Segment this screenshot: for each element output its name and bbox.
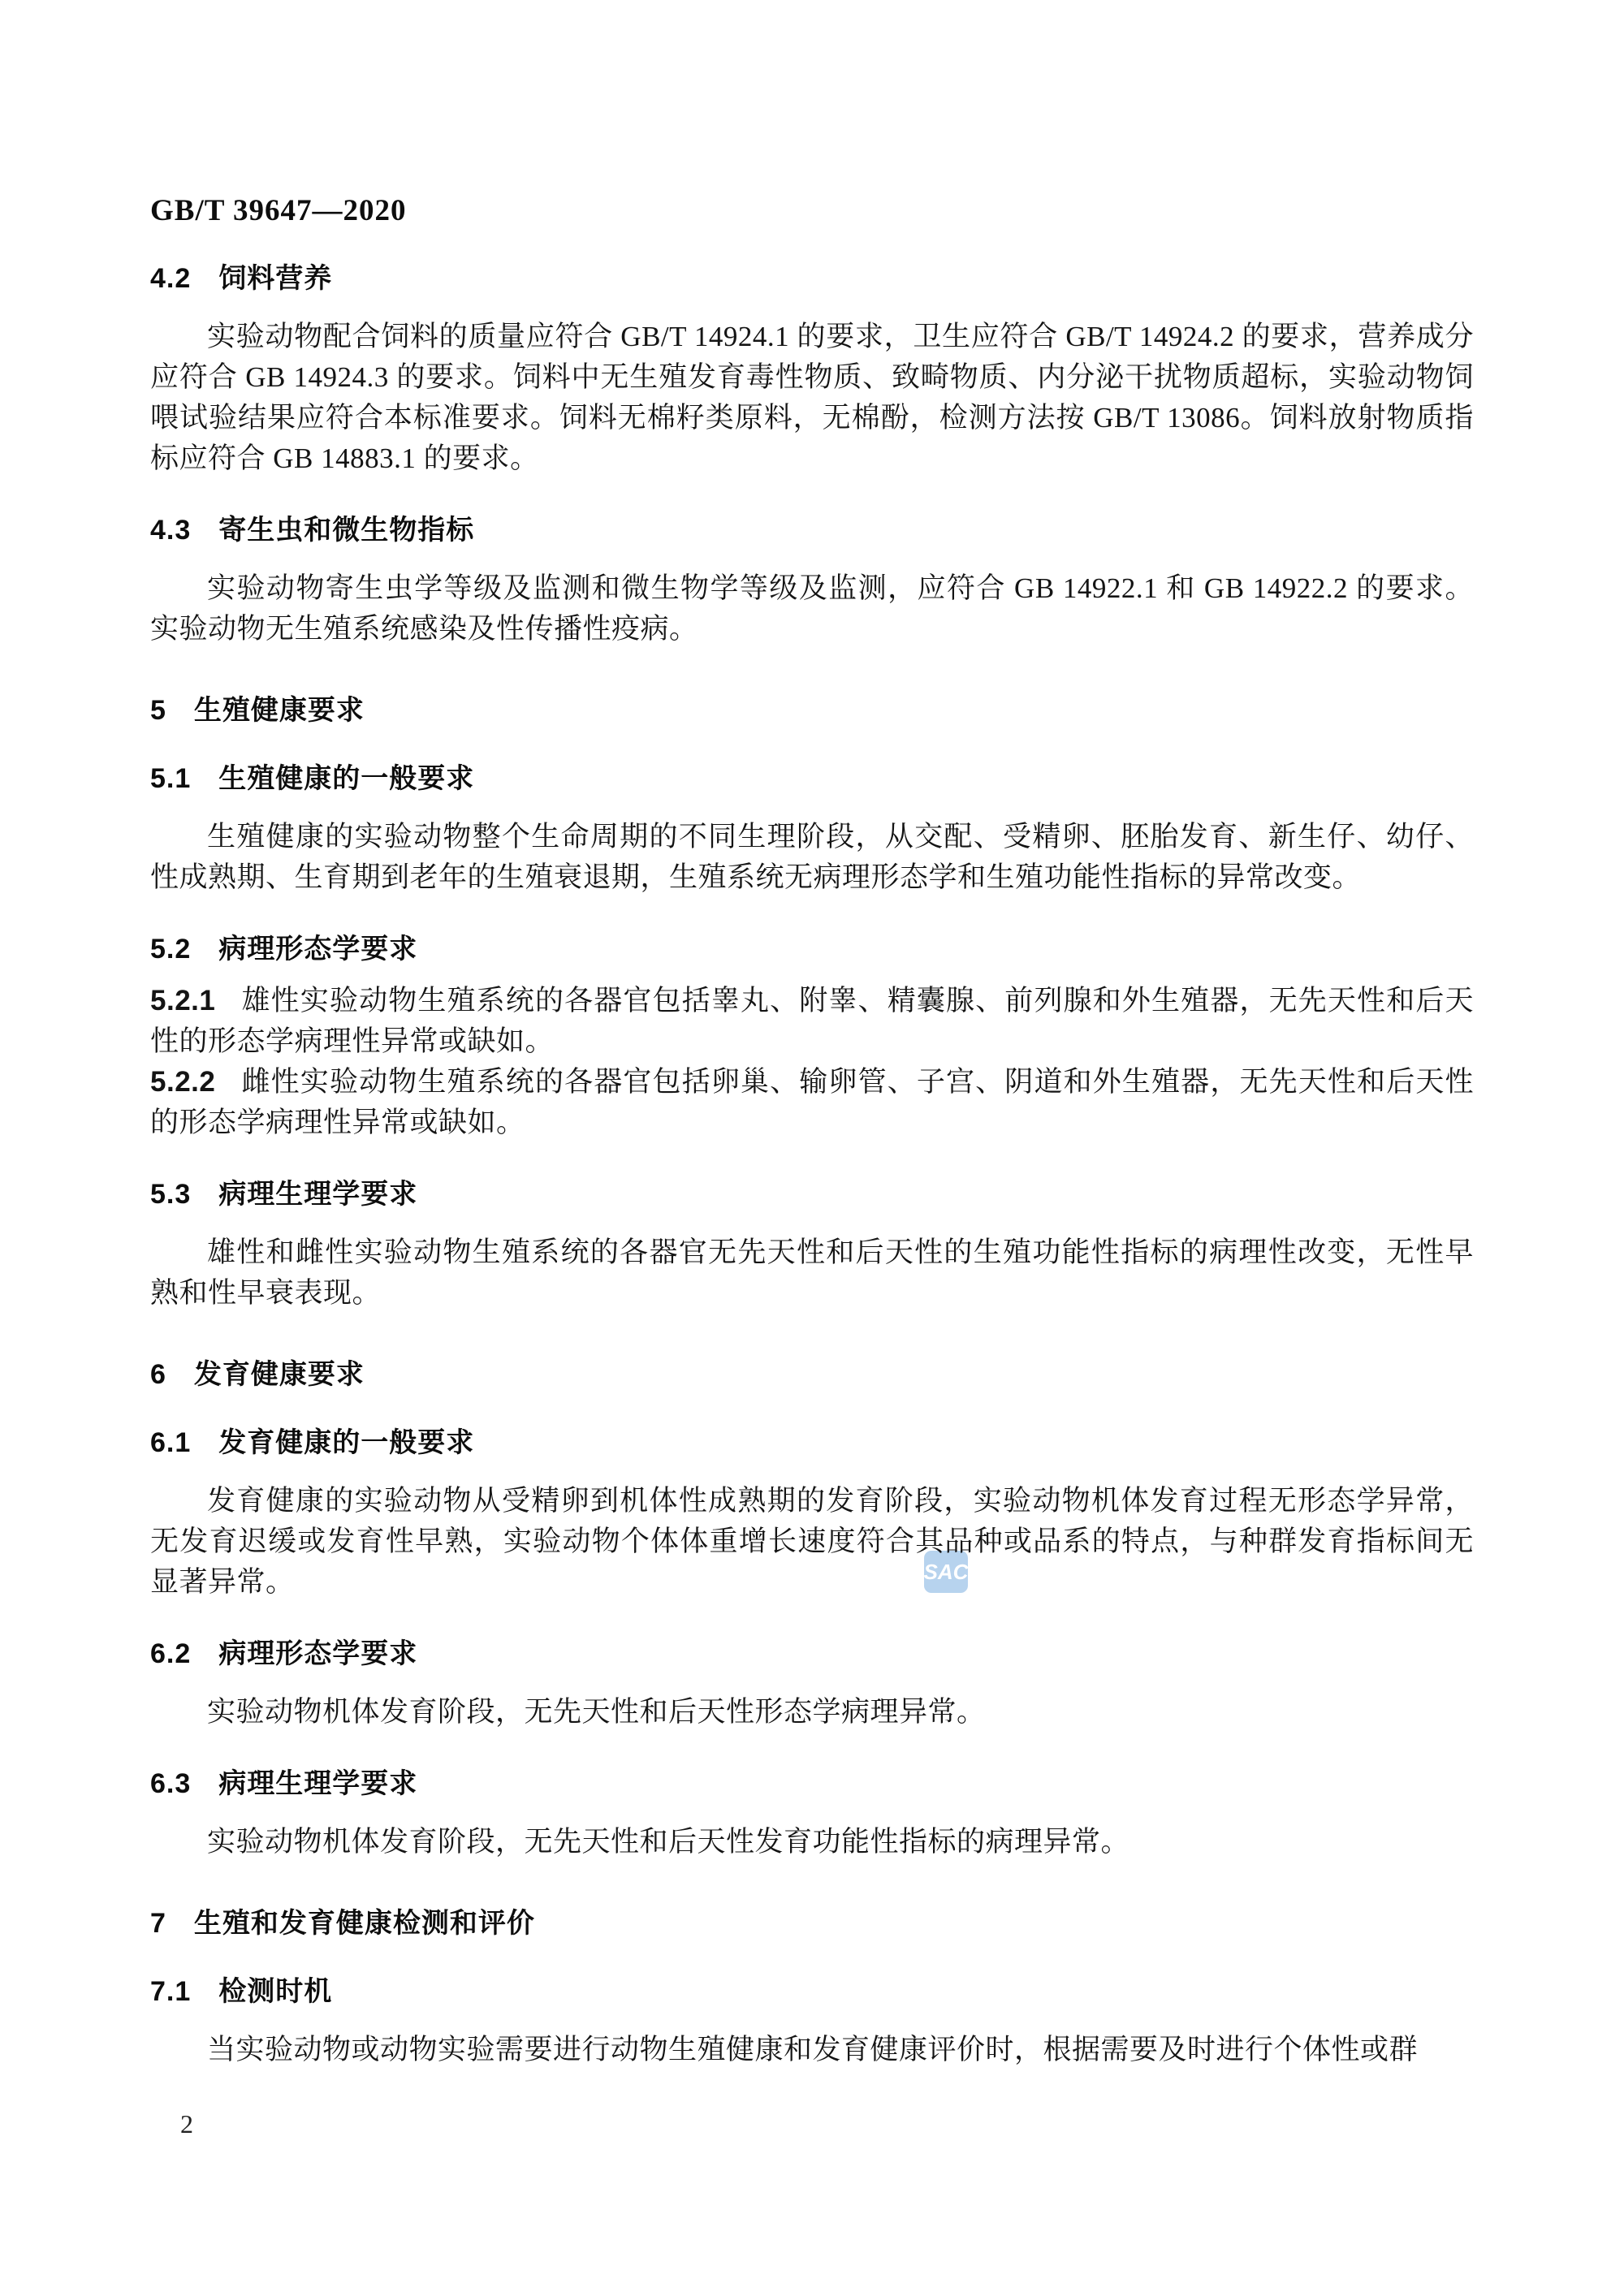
heading-number: 5.3	[150, 1179, 191, 1210]
heading-number: 6	[150, 1359, 166, 1390]
document-body: GB/T 39647—2020 4.2饲料营养实验动物配合饲料的质量应符合 GB…	[0, 0, 1624, 2070]
heading-number: 4.3	[150, 515, 191, 546]
heading-title: 发育健康的一般要求	[218, 1427, 474, 1458]
clause-number: 5.2.1	[150, 985, 215, 1016]
section-heading-6.2: 6.2病理形态学要求	[150, 1637, 1474, 1671]
section-heading-4.2: 4.2饲料营养	[150, 261, 1474, 296]
heading-title: 病理生理学要求	[218, 1768, 417, 1799]
paragraph: 雄性和雌性实验动物生殖系统的各器官无先天性和后天性的生殖功能性指标的病理性改变，…	[150, 1232, 1474, 1314]
section-heading-5.1: 5.1生殖健康的一般要求	[150, 762, 1474, 796]
heading-title: 检测时机	[218, 1976, 332, 2007]
heading-number: 5	[150, 695, 166, 726]
heading-title: 饲料营养	[218, 263, 332, 294]
paragraph: 实验动物机体发育阶段，无先天性和后天性发育功能性指标的病理异常。	[150, 1822, 1474, 1862]
heading-title: 发育健康要求	[194, 1359, 365, 1390]
heading-number: 5.2	[150, 934, 191, 965]
section-heading-7: 7生殖和发育健康检测和评价	[150, 1906, 1474, 1940]
heading-number: 4.2	[150, 263, 191, 294]
standard-number-header: GB/T 39647—2020	[150, 195, 1474, 227]
heading-title: 生殖健康要求	[194, 695, 365, 726]
section-heading-6.3: 6.3病理生理学要求	[150, 1767, 1474, 1801]
clause-number: 5.2.2	[150, 1066, 215, 1098]
document-page: SAC GB/T 39647—2020 4.2饲料营养实验动物配合饲料的质量应符…	[0, 0, 1624, 2296]
clause-paragraph-5.2.2: 5.2.2雌性实验动物生殖系统的各器官包括卵巢、输卵管、子宫、阴道和外生殖器，无…	[150, 1062, 1474, 1143]
page-number: 2	[180, 2109, 193, 2138]
heading-title: 病理生理学要求	[218, 1179, 417, 1210]
heading-title: 生殖和发育健康检测和评价	[194, 1908, 535, 1939]
paragraph: 实验动物配合饲料的质量应符合 GB/T 14924.1 的要求，卫生应符合 GB…	[150, 317, 1474, 479]
heading-title: 病理形态学要求	[218, 1638, 417, 1669]
paragraph: 发育健康的实验动物从受精卵到机体性成熟期的发育阶段，实验动物机体发育过程无形态学…	[150, 1481, 1474, 1603]
clause-paragraph-5.2.1: 5.2.1雄性实验动物生殖系统的各器官包括睾丸、附睾、精囊腺、前列腺和外生殖器，…	[150, 981, 1474, 1062]
section-heading-5: 5生殖健康要求	[150, 693, 1474, 727]
paragraph: 实验动物寄生虫学等级及监测和微生物学等级及监测，应符合 GB 14922.1 和…	[150, 568, 1474, 650]
section-heading-4.3: 4.3寄生虫和微生物指标	[150, 513, 1474, 547]
heading-number: 6.1	[150, 1427, 191, 1458]
heading-number: 6.3	[150, 1768, 191, 1799]
heading-number: 7	[150, 1908, 166, 1939]
heading-title: 病理形态学要求	[218, 934, 417, 965]
heading-number: 7.1	[150, 1976, 191, 2007]
section-heading-6.1: 6.1发育健康的一般要求	[150, 1426, 1474, 1460]
section-heading-5.2: 5.2病理形态学要求	[150, 932, 1474, 966]
section-heading-7.1: 7.1检测时机	[150, 1974, 1474, 2009]
paragraph: 生殖健康的实验动物整个生命周期的不同生理阶段，从交配、受精卵、胚胎发育、新生仔、…	[150, 817, 1474, 898]
section-heading-6: 6发育健康要求	[150, 1357, 1474, 1392]
heading-number: 6.2	[150, 1638, 191, 1669]
heading-title: 寄生虫和微生物指标	[218, 515, 474, 546]
heading-title: 生殖健康的一般要求	[218, 763, 474, 794]
section-heading-5.3: 5.3病理生理学要求	[150, 1177, 1474, 1211]
paragraph: 当实验动物或动物实验需要进行动物生殖健康和发育健康评价时，根据需要及时进行个体性…	[150, 2030, 1474, 2070]
heading-number: 5.1	[150, 763, 191, 794]
paragraph: 实验动物机体发育阶段，无先天性和后天性形态学病理异常。	[150, 1692, 1474, 1733]
